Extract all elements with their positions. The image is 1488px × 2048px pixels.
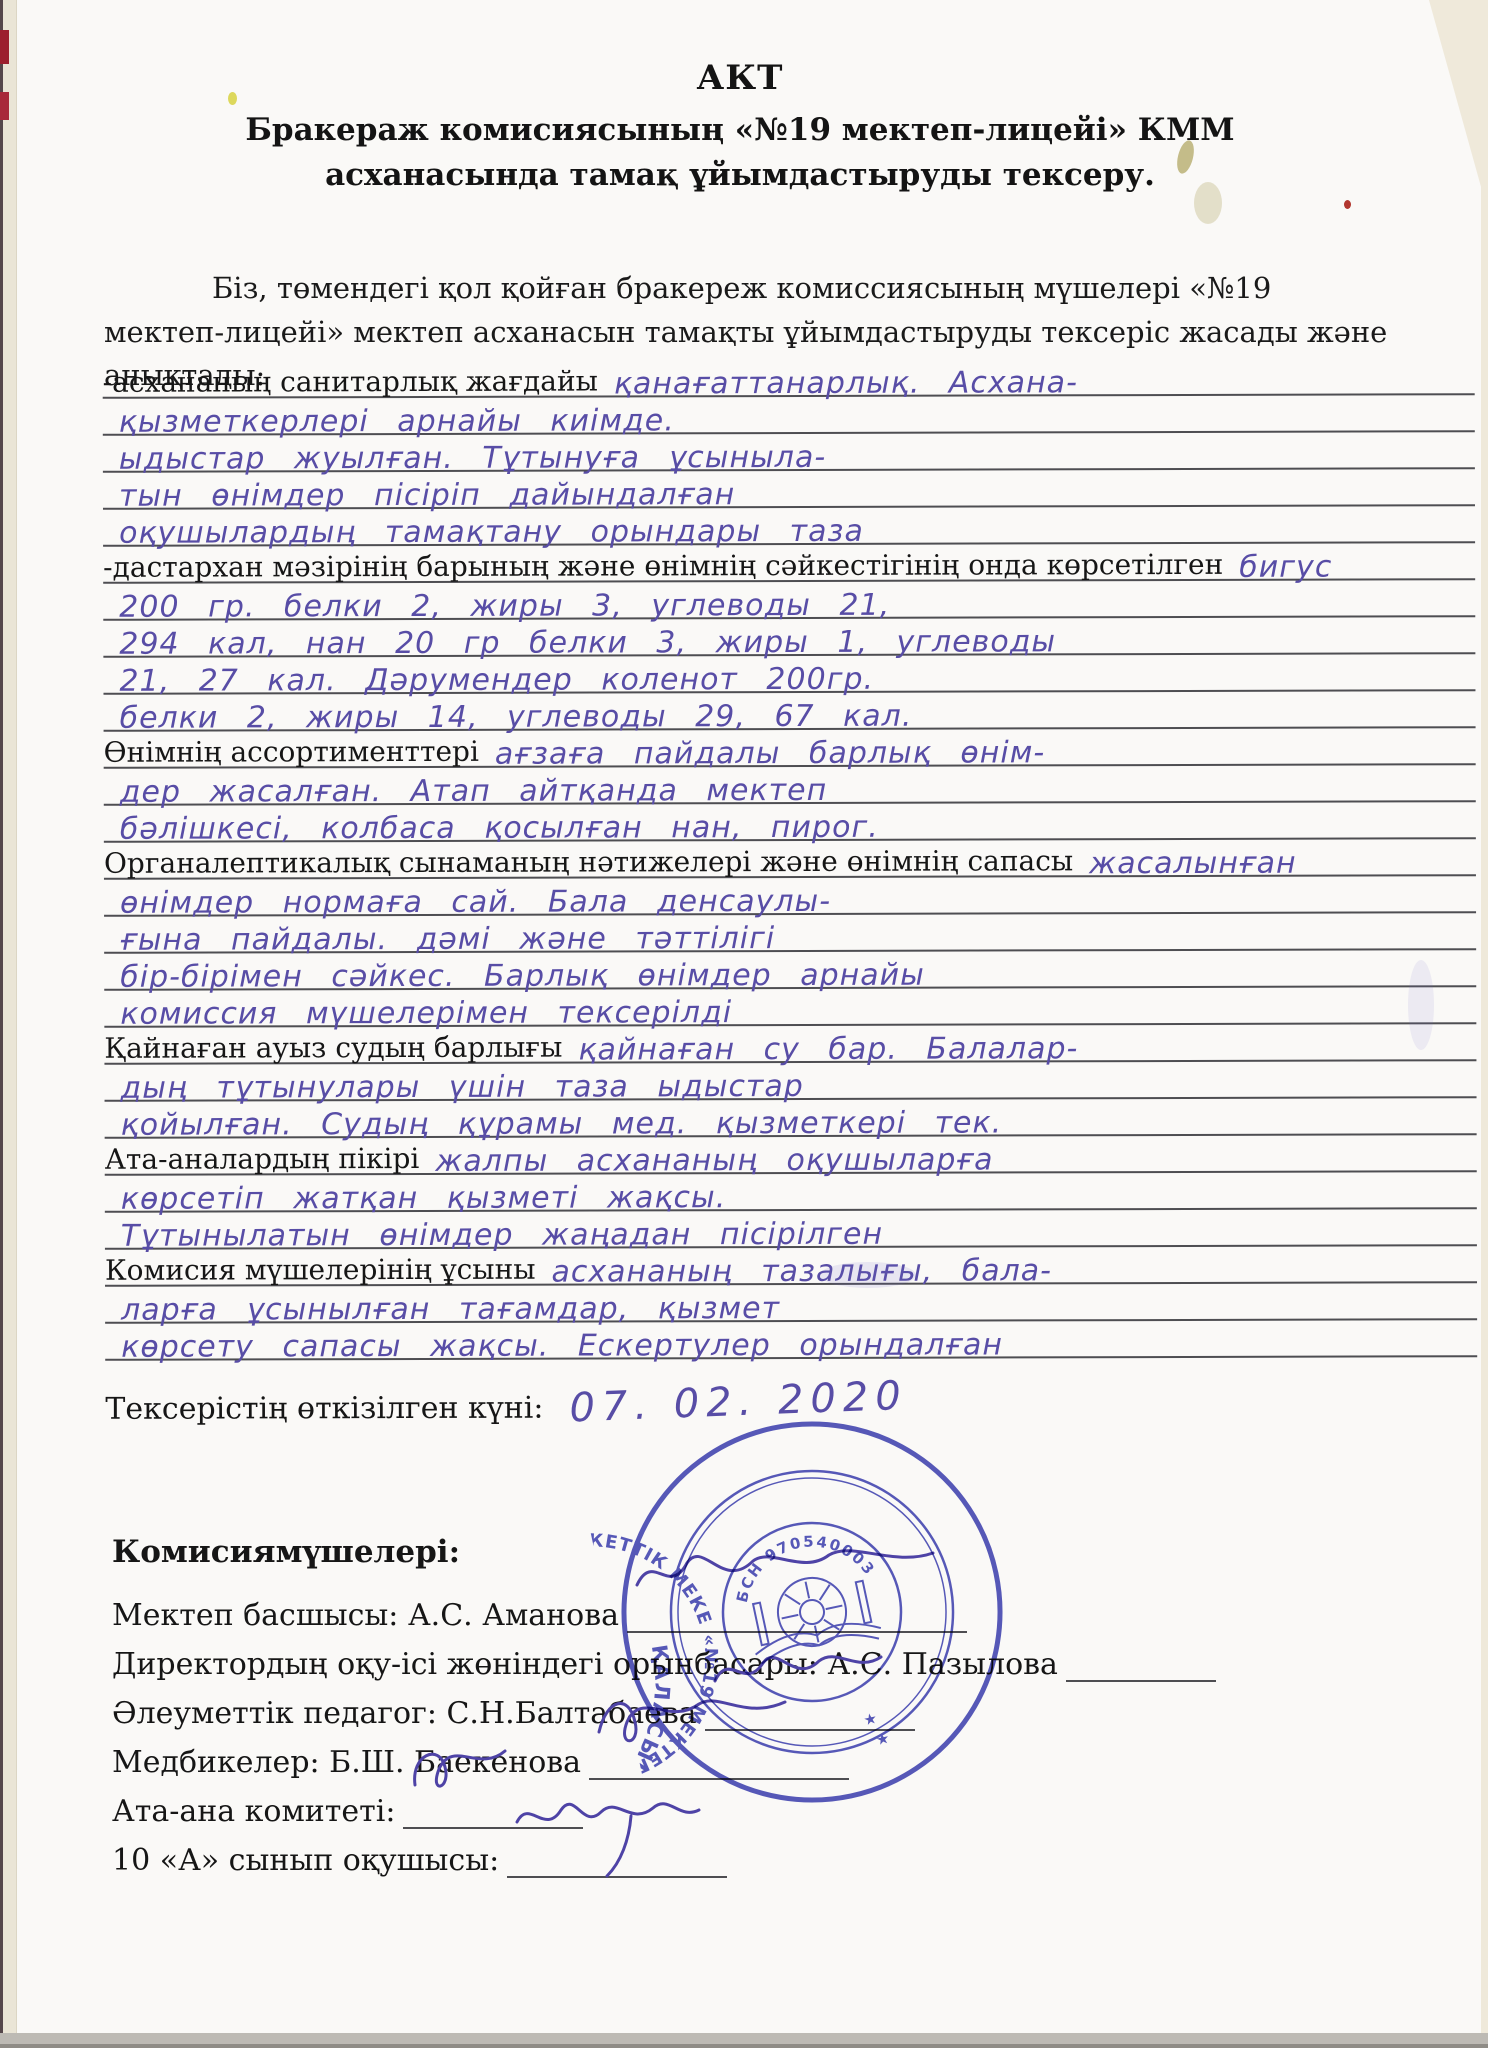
field-label: Өнімнің ассортименттері <box>104 736 479 766</box>
paper-edge-left <box>0 0 17 2048</box>
scan-red-mark <box>0 30 9 64</box>
form-lines: -асхананың санитарлық жағдайықанағаттана… <box>103 358 1478 1427</box>
kazakhstan-emblem-icon <box>742 1565 883 1664</box>
document-title-block: АКТ Бракераж комисиясының «№19 мектеп-ли… <box>90 58 1390 198</box>
scan-edge-line <box>0 0 3 2048</box>
handwritten-text: өнімдер нормаға сай. Бала денсаулы- <box>120 887 831 917</box>
handwritten-text: қайнаған су бар. Балалар- <box>578 1035 1078 1065</box>
signature-line <box>1066 1650 1216 1682</box>
handwritten-text: дың тұтынулары үшін таза ыдыстар <box>120 1072 803 1102</box>
form-line: дың тұтынулары үшін таза ыдыстар <box>104 1061 1476 1102</box>
stamp-star2-icon: ★ <box>874 1729 891 1749</box>
field-label: Комисия мүшелерінің ұсыны <box>105 1254 536 1285</box>
scan-stain-olive2 <box>1194 182 1222 224</box>
field-label: -дастархан мәзірінің барының және өнімні… <box>103 549 1223 581</box>
handwritten-text: комиссия мүшелерімен тексерілді <box>120 999 732 1029</box>
handwritten-text: оқушылардың тамақтану орындары таза <box>119 517 864 547</box>
committee-member-label: Мектеп басшысы: А.С. Аманова <box>112 1598 619 1633</box>
form-line: көрсетіп жатқан қызметі жақсы. <box>105 1172 1477 1213</box>
handwritten-text: ларға ұсынылған тағамдар, қызмет <box>121 1295 780 1325</box>
scan-edge-bottom-line <box>0 2044 1488 2048</box>
field-label: Органалептикалық сынаманың нәтижелері жә… <box>104 846 1073 878</box>
scan-ink-smudge2 <box>1408 960 1434 1050</box>
handwritten-text: тын өнімдер пісіріп дайындалған <box>119 481 735 511</box>
form-line: 200 гр. белки 2, жиры 3, углеводы 21, <box>103 580 1475 621</box>
inspection-date-label: Тексерістің өткізілген күні: <box>105 1391 543 1427</box>
handwritten-text: бәлішкесі, колбаса қосылған нан, пирог. <box>120 813 879 843</box>
form-line: қызметкерлері арнайы киімде. <box>103 395 1475 436</box>
field-label: Қайнаған ауыз судың барлығы <box>104 1032 562 1063</box>
stamp-bsn-text: БСН 970540003475 <box>722 1519 886 1632</box>
handwritten-text: бір-бірімен сәйкес. Барлық өнімдер арнай… <box>120 961 925 992</box>
handwritten-text: ыдыстар жуылған. Тұтынуға ұсыныла- <box>119 443 826 473</box>
document-subtitle-line1: Бракераж комисиясының «№19 мектеп-лицейі… <box>90 108 1390 153</box>
committee-member-label: Ата-ана комитеті: <box>112 1794 395 1829</box>
field-label: Ата-аналардың пікірі <box>105 1144 420 1174</box>
committee-member-label: 10 «А» сынып оқушысы: <box>112 1843 499 1878</box>
paper-edge-bottom <box>0 2033 1488 2048</box>
handwritten-text: белки 2, жиры 14, углеводы 29, 67 кал. <box>120 702 913 733</box>
signature-line <box>507 1846 727 1878</box>
handwritten-text: бигус <box>1239 553 1332 582</box>
scan-stain-yellow <box>228 92 237 105</box>
form-line: ларға ұсынылған тағамдар, қызмет <box>105 1283 1477 1324</box>
handwritten-text: қойылған. Судың құрамы мед. қызметкері т… <box>121 1109 1003 1140</box>
handwritten-text: Тұтынылатын өнімдер жаңадан пісірілген <box>121 1220 883 1250</box>
handwritten-text: ғына пайдалы. дәмі және тәттілігі <box>120 925 775 955</box>
scan-red-mark2 <box>0 92 9 120</box>
document-title: АКТ <box>90 58 1390 98</box>
official-stamp: ҚАЛАСЫНЫҢ БІЛІМ БӨЛІМІ» МЕМЛЕКЕТТІК МЕКЕ… <box>575 1375 1049 1849</box>
paper-edge-right <box>1481 0 1488 2048</box>
handwritten-text: ағзаға пайдалы барлық өнім- <box>495 739 1045 769</box>
handwritten-text: қызметкерлері арнайы киімде. <box>119 407 675 437</box>
stamp-star-icon: ★ <box>862 1709 879 1729</box>
handwritten-text: көрсетіп жатқан қызметі жақсы. <box>121 1184 726 1214</box>
form-line: дер жасалған. Атап айтқанда мектеп <box>104 765 1476 806</box>
handwritten-text: қанағаттанарлық. Асхана- <box>614 369 1078 399</box>
handwritten-text: дер жасалған. Атап айтқанда мектеп <box>120 776 827 806</box>
form-line: -асхананың санитарлық жағдайықанағаттана… <box>103 358 1475 399</box>
paper-corner-fold <box>1416 0 1488 212</box>
handwritten-text: жасалынған <box>1089 849 1297 878</box>
scan-stain-red <box>1344 200 1351 209</box>
svg-text:БСН 970540003475: БСН 970540003475 <box>722 1519 886 1632</box>
scan-ink-smudge <box>820 1262 916 1288</box>
committee-member-row: 10 «А» сынып оқушысы: <box>112 1829 1412 1878</box>
handwritten-text: көрсету сапасы жақсы. Ескертулер орындал… <box>121 1331 1003 1362</box>
document-subtitle-line2: асханасында тамақ ұйымдастыруды тексеру. <box>90 153 1390 198</box>
scanned-document-page: АКТ Бракераж комисиясының «№19 мектеп-ли… <box>0 0 1488 2048</box>
field-label: -асхананың санитарлық жағдайы <box>103 366 598 397</box>
handwritten-text: 294 кал, нан 20 гр белки 3, жиры 1, угле… <box>119 628 1056 659</box>
handwritten-text: асхананың тазалығы, бала- <box>551 1257 1052 1287</box>
handwritten-text: 200 гр. белки 2, жиры 3, углеводы 21, <box>119 591 890 622</box>
form-line: өнімдер нормаға сай. Бала денсаулы- <box>104 876 1476 917</box>
handwritten-text: жалпы асхананың оқушыларға <box>435 1146 993 1176</box>
handwritten-text: 21, 27 кал. Дәрумендер коленот 200гр. <box>119 665 874 695</box>
